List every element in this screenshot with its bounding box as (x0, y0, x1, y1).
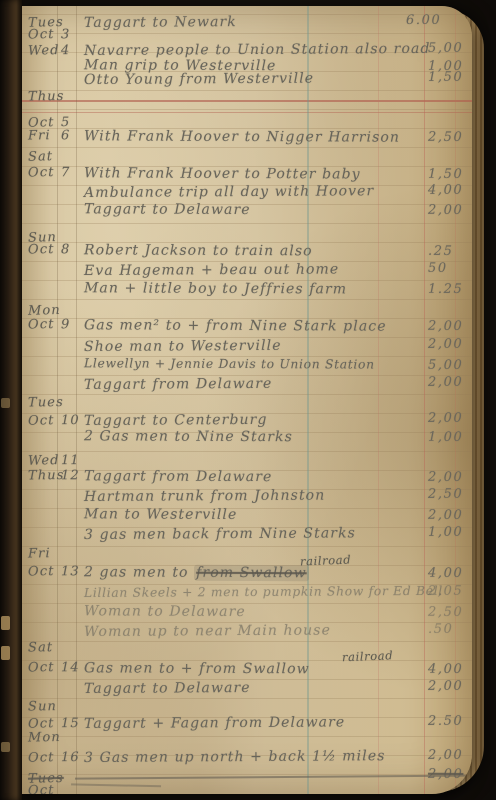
entry-amount: 2.50 (428, 714, 472, 729)
entry-amount: 5,00 (428, 358, 472, 373)
entry-text: 2 Gas men to Nine Starks (84, 428, 293, 445)
date-number: 13 (61, 564, 79, 579)
date-number: 7 (61, 165, 79, 180)
date-number: 3 (61, 27, 79, 42)
date-number: 14 (61, 660, 79, 675)
entry-amount: 2,00 (428, 470, 472, 485)
entry-amount: 2,00 (428, 411, 472, 426)
entry-amount: 1,50 (428, 167, 472, 182)
entry-text: Man to Westerville (84, 506, 237, 523)
entry-amount: 5,00 (428, 41, 472, 56)
ledger-entries: TuesTaggart to Newark6.00Oct3Wed4Navarre… (20, 6, 472, 794)
day-label: Sun (28, 699, 74, 715)
entry-amount: 4,00 (428, 566, 472, 581)
ledger-row: Oct (20, 783, 472, 794)
entry-text: Otto Young from Westerville (84, 71, 314, 88)
date-number: 12 (61, 468, 79, 483)
entry-amount: .50 (428, 622, 472, 637)
entry-text: With Frank Hoover to Potter baby (84, 165, 361, 182)
entry-text: 2 gas men to from Swallow (84, 564, 309, 581)
entry-text: Shoe man to Westerville (84, 338, 282, 355)
entry-text: Lillian Skeels + 2 men to pumpkin Show f… (84, 584, 443, 600)
day-label: Oct (28, 783, 74, 794)
entry-text-pre: 2 gas men to (84, 564, 194, 580)
entry-text: Woman up to near Main house (84, 622, 331, 640)
entry-amount: 2,50 (428, 487, 472, 502)
entry-text-struck: from Swallow (194, 565, 309, 581)
page-edge-mark (1, 616, 10, 630)
entry-amount: 6.00 (406, 13, 454, 28)
entry-amount: 2,00 (428, 203, 472, 218)
entry-text: Ambulance trip all day with Hoover (84, 183, 374, 201)
entry-text: Taggart to Delaware (84, 680, 251, 697)
date-number: 6 (61, 128, 79, 143)
entry-amount: 4,00 (428, 662, 472, 677)
entry-amount: 2,00 (428, 319, 472, 334)
date-number: 9 (61, 317, 79, 332)
entry-amount: 2,05 (428, 584, 472, 599)
ledger-row: Oct9Gas men² to + from Nine Stark place2… (20, 317, 472, 339)
date-number: 4 (61, 43, 79, 58)
ledger-row: Taggart from Delaware2,00 (20, 375, 472, 398)
entry-amount: 1,00 (428, 525, 472, 540)
entry-amount: 2,00 (428, 679, 472, 694)
entry-text: Man + little boy to Jeffries farm (84, 280, 347, 297)
ledger-page: TuesTaggart to Newark6.00Oct3Wed4Navarre… (20, 6, 472, 794)
ledger-row: Oct132 gas men to from Swallow4,00 (20, 564, 472, 586)
entry-text: Taggart to Delaware (84, 201, 251, 218)
entry-text: 3 gas men back from Nine Starks (84, 525, 356, 543)
ledger-row: Man + little boy to Jeffries farm1.25 (20, 280, 472, 302)
date-number: 8 (61, 242, 79, 257)
entry-text: Taggart to Centerburg (84, 412, 268, 429)
entry-amount: 2,00 (428, 337, 472, 352)
ledger-row: Taggart to Delaware2,00 (20, 679, 472, 702)
entry-amount: .25 (428, 244, 472, 259)
date-number: 10 (61, 413, 79, 428)
entry-text: Navarre people to Union Station also roa… (84, 41, 431, 59)
entry-amount: 2,00 (428, 375, 472, 390)
entry-text: Woman to Delaware (84, 603, 246, 620)
entry-text: Llewellyn + Jennie Davis to Union Statio… (84, 356, 375, 371)
page-edge-mark (1, 398, 10, 408)
entry-amount: 2,00 (428, 748, 472, 763)
ledger-row: Taggart to Delaware2,00 (20, 201, 472, 223)
page-edge-mark (1, 742, 10, 752)
entry-text: Taggart + Fagan from Delaware (84, 714, 345, 732)
book-binding (0, 0, 22, 800)
day-label: Tues (28, 395, 74, 411)
day-label: Mon (28, 730, 74, 746)
entry-text: Robert Jackson to train also (84, 242, 313, 259)
date-number: 16 (61, 750, 79, 765)
date-number: 11 (61, 453, 79, 468)
entry-text: Gas men² to + from Nine Stark place (84, 317, 387, 334)
day-label: Thus (28, 89, 74, 105)
entry-amount: 50 (428, 261, 472, 276)
day-label: Sat (28, 149, 74, 165)
entry-text: Eva Hageman + beau out home (84, 261, 339, 279)
entry-amount: 1,50 (428, 70, 472, 85)
entry-amount: 2,50 (428, 605, 472, 620)
ledger-row: 2 Gas men to Nine Starks1,00 (20, 428, 472, 450)
entry-text: With Frank Hoover to Nigger Harrison (84, 128, 400, 145)
date-number: 15 (61, 716, 79, 731)
ledger-row: 3 gas men back from Nine Starks1,00 (20, 525, 472, 548)
entry-amount: 1,00 (428, 430, 472, 445)
entry-text: Gas men to + from Swallow (84, 660, 310, 677)
entry-text: Taggart from Delaware (84, 468, 272, 485)
entry-text: Hartman trunk from Johnston (84, 488, 325, 505)
entry-amount: 4,00 (428, 183, 472, 198)
scanned-ledger-photo: TuesTaggart to Newark6.00Oct3Wed4Navarre… (0, 0, 496, 800)
entry-text: Taggart from Delaware (84, 376, 273, 393)
entry-amount: 2,00 (428, 508, 472, 523)
entry-text: 3 Gas men up north + back 1½ miles (84, 748, 386, 766)
ledger-row: Thus (20, 89, 472, 111)
entry-amount: 2,50 (428, 130, 472, 145)
page-edge-mark (1, 646, 10, 660)
entry-amount: 1.25 (428, 282, 472, 297)
